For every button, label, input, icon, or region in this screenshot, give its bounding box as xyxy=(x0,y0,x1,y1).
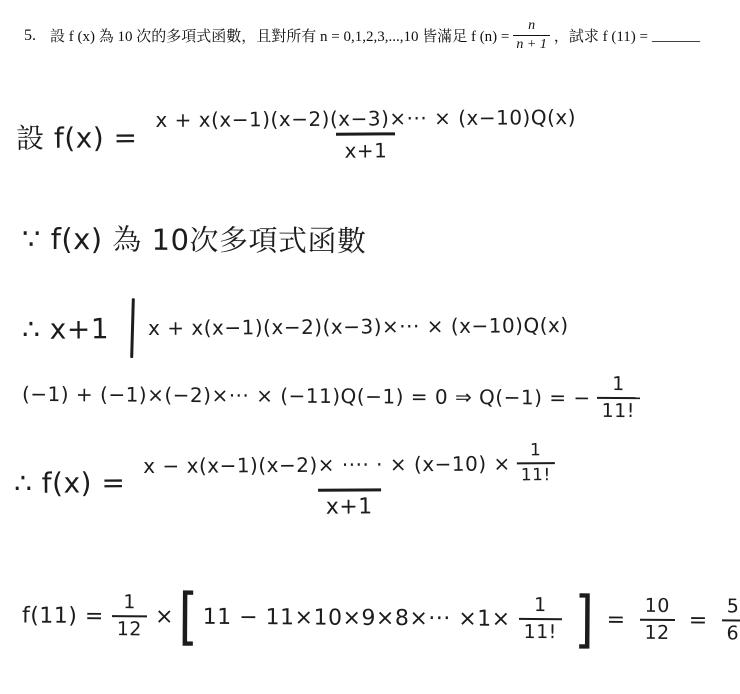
line2-text: ∵ f(x) 為 10次多項式函數 xyxy=(22,217,367,260)
line6-fraction-4-den: 6 xyxy=(722,619,740,644)
solution-line-1: 設 f(x) = x + x(x−1)(x−2)(x−3)×··· × (x−1… xyxy=(16,106,584,164)
printed-fraction-numerator: n xyxy=(525,18,538,35)
problem-number: 5. xyxy=(24,27,36,45)
printed-fraction: n n + 1 xyxy=(513,18,549,53)
line6-fraction-4-num: 5 xyxy=(722,596,740,619)
line1-lead: 設 f(x) = xyxy=(16,116,138,157)
printed-fraction-denominator: n + 1 xyxy=(513,35,549,53)
line6-fraction-2-den: 11! xyxy=(518,618,561,643)
solution-line-3: ∴ x+1 x + x(x−1)(x−2)(x−3)×··· × (x−10)Q… xyxy=(22,295,569,359)
line5-lead: ∴ f(x) = xyxy=(14,466,126,500)
line5-numerator-fraction-den: 11! xyxy=(517,462,555,485)
problem-statement: 5. 設 f (x) 為 10 次的多項式函數，且對所有 n = 0,1,2,3… xyxy=(24,18,700,53)
line1-numerator: x + x(x−1)(x−2)(x−3)×··· × (x−10)Q(x) xyxy=(147,106,584,134)
problem-text-before-fraction: 設 f (x) 為 10 次的多項式函數，且對所有 n = 0,1,2,3,..… xyxy=(50,25,509,46)
line5-numerator-fraction-num: 1 xyxy=(526,441,545,462)
solution-line-2: ∵ f(x) 為 10次多項式函數 xyxy=(22,217,367,260)
line6-fraction-3-num: 10 xyxy=(640,596,675,619)
line1-denominator: x+1 xyxy=(336,132,395,161)
solution-line-6: f(11) = 1 12 × [ 11 − 11×10×9×8×··· ×1× … xyxy=(22,587,740,648)
solution-line-5: ∴ f(x) = x − x(x−1)(x−2)× ···· · × (x−10… xyxy=(14,441,563,522)
line4-equation: (−1) + (−1)×(−2)×··· × (−11)Q(−1) = 0 ⇒ … xyxy=(22,382,591,410)
line5-numerator: x − x(x−1)(x−2)× ···· · × (x−10) × 1 11! xyxy=(135,441,563,490)
line3-dividend: x + x(x−1)(x−2)(x−3)×··· × (x−10)Q(x) xyxy=(148,313,569,340)
line3-lead: ∴ x+1 xyxy=(22,312,109,346)
line5-fraction: x − x(x−1)(x−2)× ···· · × (x−10) × 1 11!… xyxy=(135,441,563,522)
line6-fraction-3-den: 12 xyxy=(639,619,674,644)
line6-fraction-2: 1 11! xyxy=(518,595,562,643)
line4-fraction-numerator: 1 xyxy=(607,374,630,397)
line6-lead: f(11) = xyxy=(22,603,104,629)
line6-fraction-4: 5 6 xyxy=(722,596,740,644)
line6-equals-1: = xyxy=(607,607,626,632)
line6-fraction-3: 10 12 xyxy=(639,596,675,644)
line5-numerator-fraction: 1 11! xyxy=(517,441,555,485)
math-worksheet: 5. 設 f (x) 為 10 次的多項式函數，且對所有 n = 0,1,2,3… xyxy=(0,0,740,694)
line6-equals-2: = xyxy=(689,608,708,633)
problem-text-after-fraction: ，試求 f (11) = xyxy=(554,25,648,46)
line6-times: × xyxy=(155,604,174,629)
line4-fraction: 1 11! xyxy=(596,374,640,422)
close-bracket: ] xyxy=(574,591,594,647)
line5-numerator-text: x − x(x−1)(x−2)× ···· · × (x−10) × xyxy=(143,452,511,477)
line6-inner-expression: 11 − 11×10×9×8×··· ×1× xyxy=(203,604,511,631)
line4-fraction-denominator: 11! xyxy=(596,397,639,422)
divides-bar xyxy=(130,298,135,358)
line6-fraction-1: 1 12 xyxy=(112,592,148,640)
line1-fraction: x + x(x−1)(x−2)(x−3)×··· × (x−10)Q(x) x+… xyxy=(147,106,584,163)
answer-blank: ______ xyxy=(652,27,700,45)
line6-fraction-2-num: 1 xyxy=(529,595,552,618)
solution-line-4: (−1) + (−1)×(−2)×··· × (−11)Q(−1) = 0 ⇒ … xyxy=(22,370,646,422)
line6-fraction-1-den: 12 xyxy=(112,615,147,640)
open-bracket: [ xyxy=(178,589,198,645)
line5-denominator: x+1 xyxy=(318,489,381,521)
line6-fraction-1-num: 1 xyxy=(118,592,141,615)
